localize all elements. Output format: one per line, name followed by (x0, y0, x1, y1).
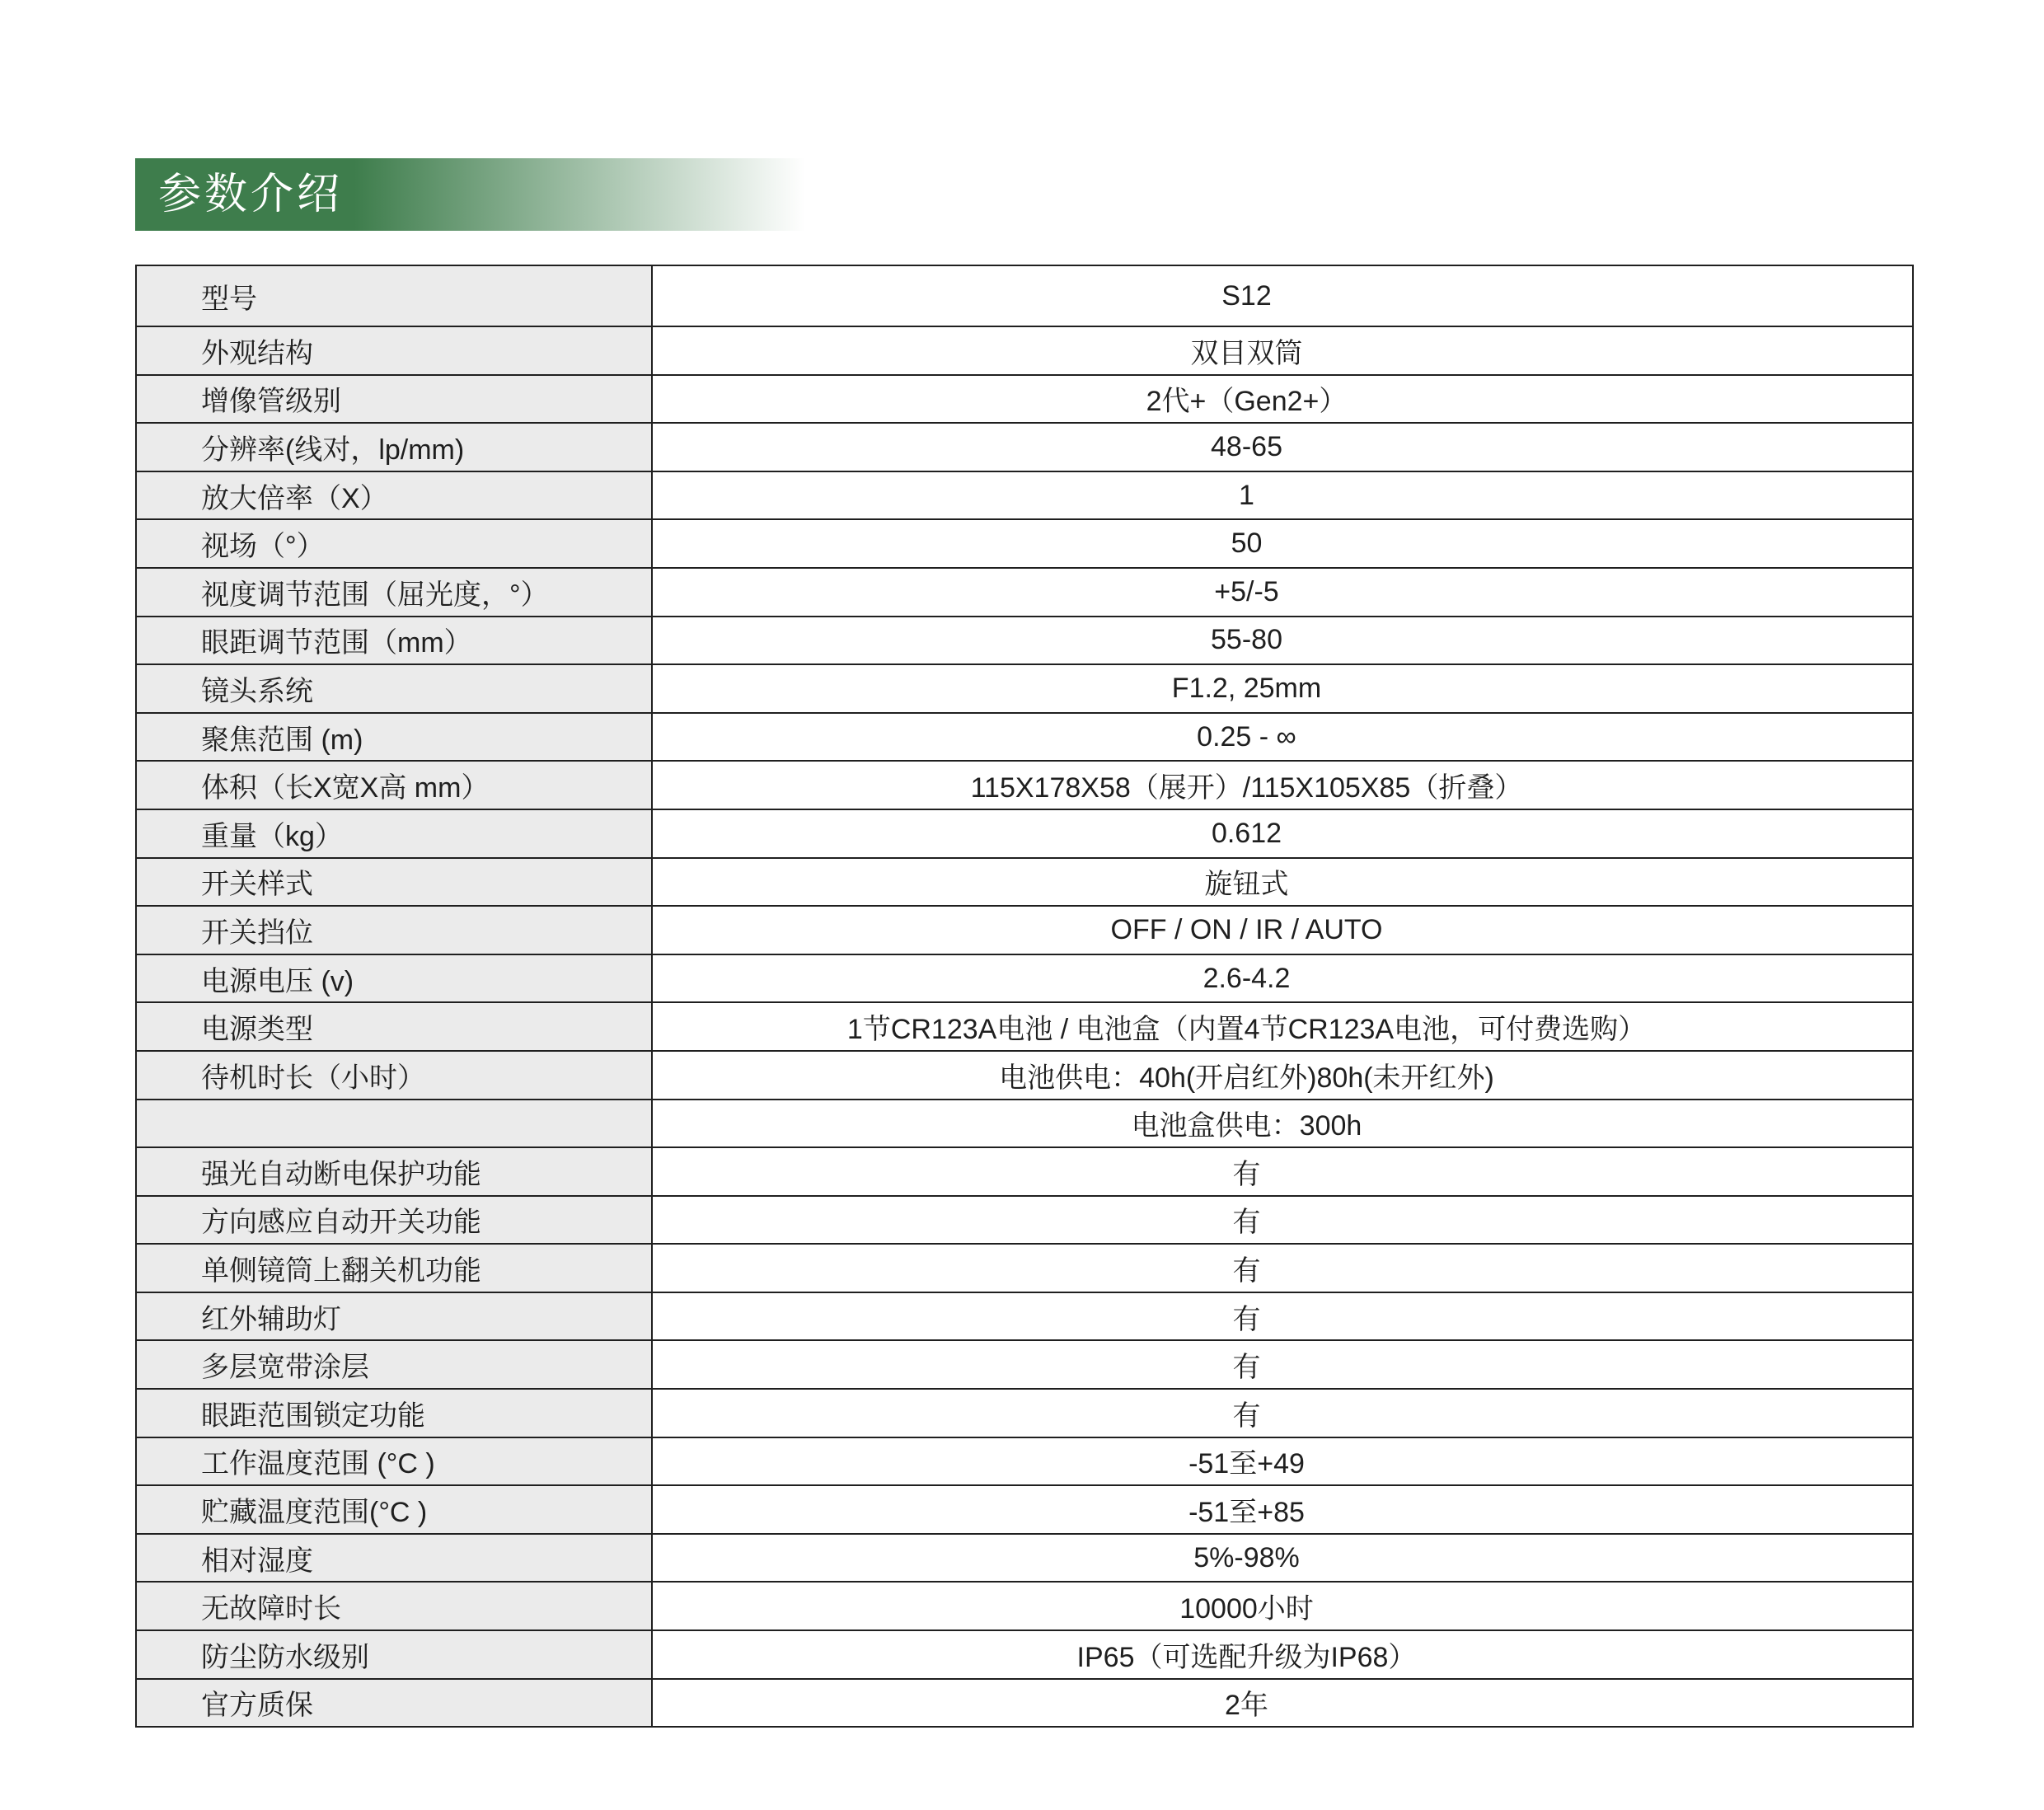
spec-label: 防尘防水级别 (136, 1630, 652, 1679)
spec-label: 强光自动断电保护功能 (136, 1147, 652, 1196)
spec-label: 方向感应自动开关功能 (136, 1196, 652, 1245)
spec-label: 贮藏温度范围(°C ) (136, 1485, 652, 1534)
spec-value: 115X178X58（展开）/115X105X85（折叠） (652, 761, 1913, 809)
spec-value: 10000小时 (652, 1582, 1913, 1630)
table-row: 体积（长X宽X高 mm） 115X178X58（展开）/115X105X85（折… (136, 761, 1913, 809)
spec-value: 1 (652, 471, 1913, 520)
table-row: 放大倍率（X） 1 (136, 471, 1913, 520)
spec-label (136, 1100, 652, 1148)
spec-label: 型号 (136, 265, 652, 326)
spec-label: 开关挡位 (136, 906, 652, 954)
section-title: 参数介绍 (135, 173, 343, 216)
spec-label: 待机时长（小时） (136, 1051, 652, 1100)
spec-label: 相对湿度 (136, 1534, 652, 1583)
spec-value: -51至+85 (652, 1485, 1913, 1534)
spec-value: 2.6-4.2 (652, 954, 1913, 1003)
section-banner: 参数介绍 (135, 158, 819, 231)
spec-label: 电源电压 (v) (136, 954, 652, 1003)
spec-label: 分辨率(线对，lp/mm) (136, 423, 652, 471)
table-row: 红外辅助灯 有 (136, 1292, 1913, 1341)
table-row: 开关样式 旋钮式 (136, 858, 1913, 907)
table-row: 官方质保 2年 (136, 1679, 1913, 1728)
table-row: 待机时长（小时） 电池供电：40h(开启红外)80h(未开红外) (136, 1051, 1913, 1100)
table-row: 聚焦范围 (m) 0.25 - ∞ (136, 713, 1913, 762)
table-row: 电源类型 1节CR123A电池 / 电池盒（内置4节CR123A电池，可付费选购… (136, 1002, 1913, 1051)
table-row: 方向感应自动开关功能 有 (136, 1196, 1913, 1245)
spec-label: 工作温度范围 (°C ) (136, 1437, 652, 1486)
spec-value: 1节CR123A电池 / 电池盒（内置4节CR123A电池，可付费选购） (652, 1002, 1913, 1051)
spec-label: 增像管级别 (136, 375, 652, 424)
spec-value: 有 (652, 1196, 1913, 1245)
table-row: 视度调节范围（屈光度，°） +5/-5 (136, 568, 1913, 617)
spec-label: 视场（°） (136, 519, 652, 568)
spec-label: 放大倍率（X） (136, 471, 652, 520)
spec-value: 有 (652, 1340, 1913, 1389)
spec-value: 48-65 (652, 423, 1913, 471)
table-row: 型号 S12 (136, 265, 1913, 326)
table-row: 电池盒供电：300h (136, 1100, 1913, 1148)
spec-value: 电池供电：40h(开启红外)80h(未开红外) (652, 1051, 1913, 1100)
spec-value: 有 (652, 1292, 1913, 1341)
table-row: 贮藏温度范围(°C ) -51至+85 (136, 1485, 1913, 1534)
table-row: 眼距范围锁定功能 有 (136, 1389, 1913, 1437)
spec-value: 2代+（Gen2+） (652, 375, 1913, 424)
spec-label: 镜头系统 (136, 664, 652, 713)
spec-value: 有 (652, 1147, 1913, 1196)
table-row: 增像管级别 2代+（Gen2+） (136, 375, 1913, 424)
table-row: 外观结构 双目双筒 (136, 326, 1913, 375)
table-row: 工作温度范围 (°C ) -51至+49 (136, 1437, 1913, 1486)
spec-value: IP65（可选配升级为IP68） (652, 1630, 1913, 1679)
spec-label: 官方质保 (136, 1679, 652, 1728)
table-row: 强光自动断电保护功能 有 (136, 1147, 1913, 1196)
spec-value: 有 (652, 1244, 1913, 1292)
spec-label: 外观结构 (136, 326, 652, 375)
spec-label: 开关样式 (136, 858, 652, 907)
spec-value: 有 (652, 1389, 1913, 1437)
spec-value: 旋钮式 (652, 858, 1913, 907)
table-row: 电源电压 (v) 2.6-4.2 (136, 954, 1913, 1003)
spec-label: 聚焦范围 (m) (136, 713, 652, 762)
table-row: 开关挡位 OFF / ON / IR / AUTO (136, 906, 1913, 954)
spec-sheet-page: { "banner": { "title": "参数介绍", "green": … (0, 0, 2044, 1810)
table-row: 防尘防水级别 IP65（可选配升级为IP68） (136, 1630, 1913, 1679)
spec-value: 2年 (652, 1679, 1913, 1728)
spec-value: -51至+49 (652, 1437, 1913, 1486)
spec-label: 电源类型 (136, 1002, 652, 1051)
table-row: 无故障时长 10000小时 (136, 1582, 1913, 1630)
table-row: 相对湿度 5%-98% (136, 1534, 1913, 1583)
spec-label: 眼距范围锁定功能 (136, 1389, 652, 1437)
spec-value: 0.612 (652, 809, 1913, 858)
table-row: 重量（kg） 0.612 (136, 809, 1913, 858)
spec-value: +5/-5 (652, 568, 1913, 617)
spec-label: 多层宽带涂层 (136, 1340, 652, 1389)
spec-label: 单侧镜筒上翻关机功能 (136, 1244, 652, 1292)
table-row: 镜头系统 F1.2, 25mm (136, 664, 1913, 713)
spec-value: 55-80 (652, 617, 1913, 665)
spec-table: 型号 S12 外观结构 双目双筒 增像管级别 2代+（Gen2+） 分辨率(线对… (135, 265, 1914, 1728)
spec-value: 电池盒供电：300h (652, 1100, 1913, 1148)
spec-label: 视度调节范围（屈光度，°） (136, 568, 652, 617)
spec-value: F1.2, 25mm (652, 664, 1913, 713)
spec-value: OFF / ON / IR / AUTO (652, 906, 1913, 954)
table-row: 眼距调节范围（mm） 55-80 (136, 617, 1913, 665)
spec-value: 双目双筒 (652, 326, 1913, 375)
table-row: 多层宽带涂层 有 (136, 1340, 1913, 1389)
spec-value: 50 (652, 519, 1913, 568)
spec-value: 0.25 - ∞ (652, 713, 1913, 762)
table-row: 分辨率(线对，lp/mm) 48-65 (136, 423, 1913, 471)
spec-label: 体积（长X宽X高 mm） (136, 761, 652, 809)
spec-label: 无故障时长 (136, 1582, 652, 1630)
spec-label: 重量（kg） (136, 809, 652, 858)
spec-label: 红外辅助灯 (136, 1292, 652, 1341)
spec-value: 5%-98% (652, 1534, 1913, 1583)
table-row: 单侧镜筒上翻关机功能 有 (136, 1244, 1913, 1292)
table-row: 视场（°） 50 (136, 519, 1913, 568)
spec-label: 眼距调节范围（mm） (136, 617, 652, 665)
spec-value: S12 (652, 265, 1913, 326)
